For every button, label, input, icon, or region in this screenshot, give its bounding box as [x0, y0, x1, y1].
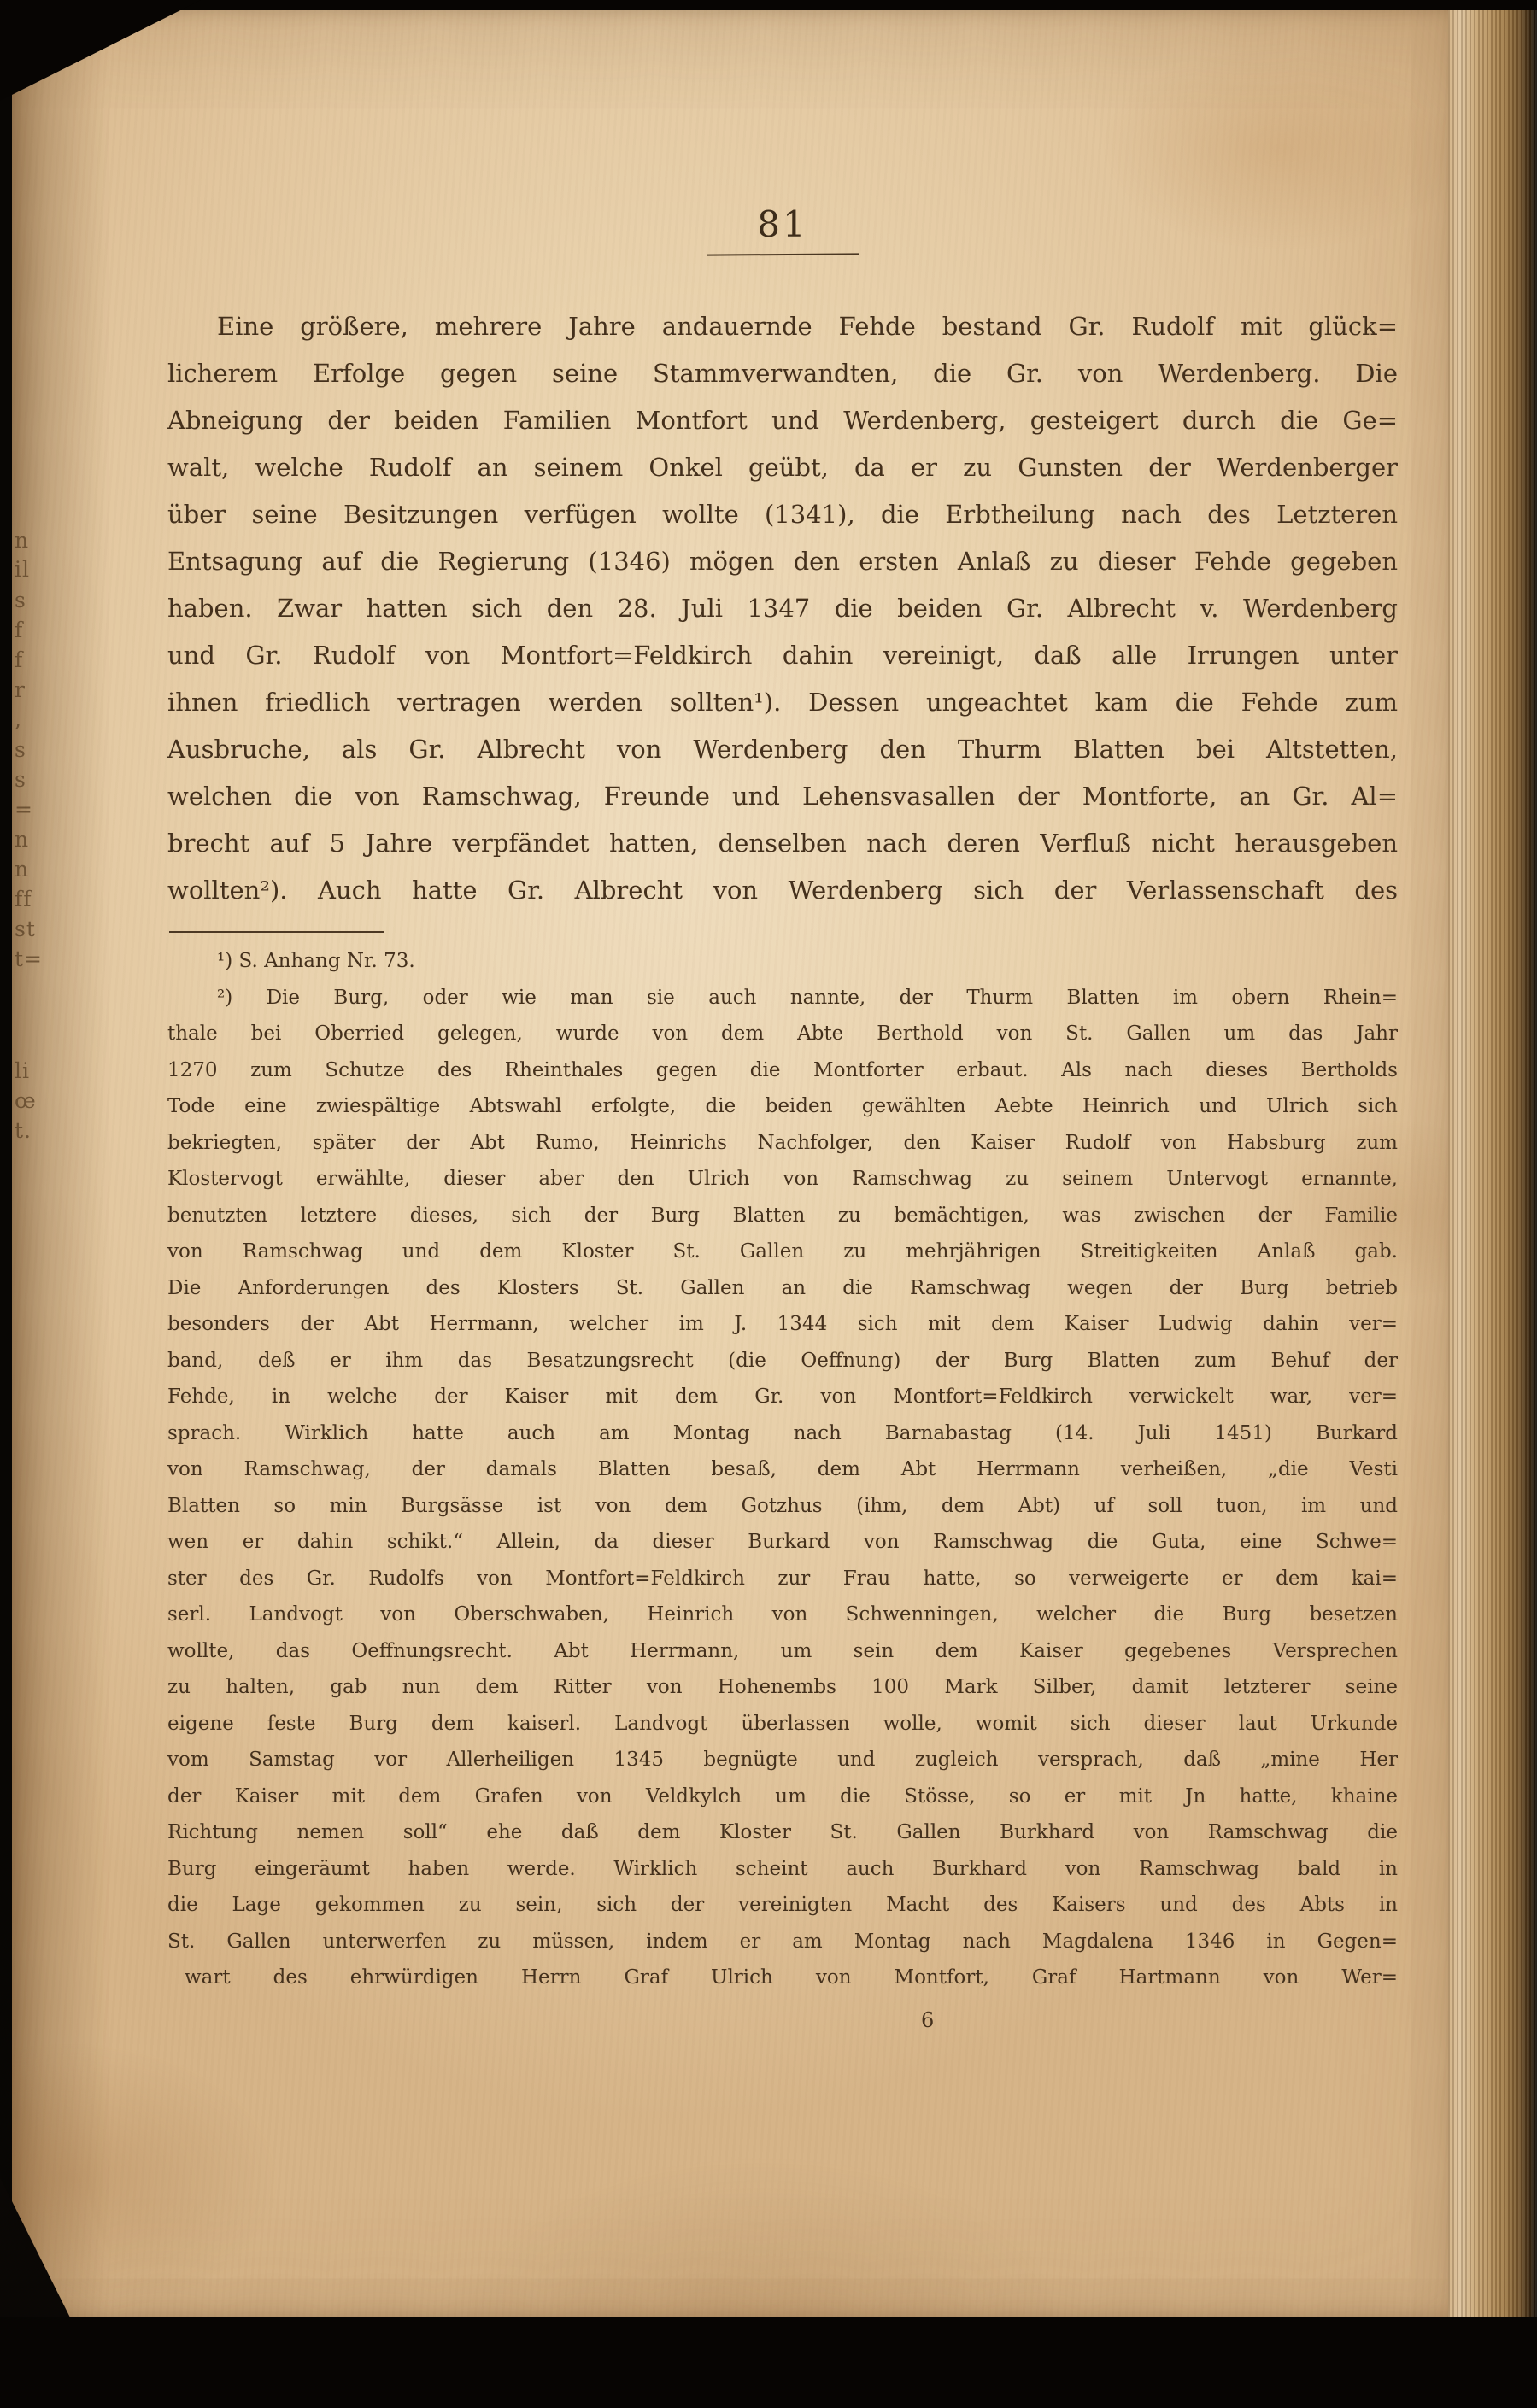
page-header: 81 — [167, 203, 1398, 255]
footnote-2-line: die Lage gekommen zu sein, sich der vere… — [167, 1887, 1398, 1924]
main-text-line: haben. Zwar hatten sich den 28. Juli 134… — [167, 585, 1398, 632]
footnote-2-line: St. Gallen unterwerfen zu müssen, indem … — [167, 1924, 1398, 1960]
gutter-fragment: il — [15, 559, 49, 580]
gutter-fragment: s — [15, 589, 49, 611]
main-text-line: Ausbruche, als Gr. Albrecht von Werdenbe… — [167, 726, 1398, 773]
footnote-2-line: besonders der Abt Herrmann, welcher im J… — [167, 1306, 1398, 1343]
footnote-2-line: Richtung nemen soll“ ehe daß dem Kloster… — [167, 1814, 1398, 1851]
main-paragraph: Eine größere, mehrere Jahre andauernde F… — [167, 303, 1398, 914]
footnote-2-line: der Kaiser mit dem Grafen von Veldkylch … — [167, 1778, 1398, 1815]
main-text-line: Entsagung auf die Regierung (1346) mögen… — [167, 538, 1398, 585]
gutter-fragment: n — [15, 829, 49, 850]
footnote-separator — [169, 931, 384, 933]
footnote-2-line: sprach. Wirklich hatte auch am Montag na… — [167, 1415, 1398, 1452]
footnote-2-line: ²) Die Burg, oder wie man sie auch nannt… — [167, 980, 1398, 1017]
gutter-fragment: = — [15, 799, 49, 820]
footnote-2-line: zu halten, gab nun dem Ritter von Hohene… — [167, 1669, 1398, 1706]
footnotes: ¹) S. Anhang Nr. 73. ²) Die Burg, oder w… — [167, 943, 1398, 1996]
footnote-2-line: Fehde, in welche der Kaiser mit dem Gr. … — [167, 1379, 1398, 1415]
scan-corner-top-left — [0, 0, 201, 101]
gutter-fragment: f — [15, 619, 49, 641]
footnote-2-line: wen er dahin schikt.“ Allein, da dieser … — [167, 1524, 1398, 1561]
footnote-1-line: ¹) S. Anhang Nr. 73. — [167, 943, 1398, 980]
footnote-2-line: eigene feste Burg dem kaiserl. Landvogt … — [167, 1706, 1398, 1743]
gutter-fragment: t. — [15, 1120, 49, 1141]
gutter-fragment: s — [15, 769, 49, 790]
scan-corner-bottom-left — [0, 2177, 81, 2340]
footnote-2-line: von Ramschwag und dem Kloster St. Gallen… — [167, 1233, 1398, 1270]
main-text-line: walt, welche Rudolf an seinem Onkel geüb… — [167, 444, 1398, 491]
scan-border-bottom — [0, 2317, 1537, 2408]
footnote-2-line: vom Samstag vor Allerheiligen 1345 begnü… — [167, 1742, 1398, 1778]
main-text-line: wollten²). Auch hatte Gr. Albrecht von W… — [167, 867, 1398, 914]
gutter-fragment: li — [15, 1060, 49, 1081]
footnote-2-line: von Ramschwag, der damals Blatten besaß,… — [167, 1451, 1398, 1488]
footnote-2-line: Tode eine zwiespältige Abtswahl erfolgte… — [167, 1088, 1398, 1125]
footnote-2-line: 1270 zum Schutze des Rheinthales gegen d… — [167, 1052, 1398, 1089]
footnote-2-line: Die Anforderungen des Klosters St. Galle… — [167, 1270, 1398, 1307]
gutter-fragment: r — [15, 679, 49, 700]
signature-mark: 6 — [167, 2008, 1398, 2032]
page-content: 81 Eine größere, mehrere Jahre andauernd… — [167, 10, 1398, 2032]
gutter-fragment: s — [15, 739, 49, 760]
main-text-line: brecht auf 5 Jahre verpfändet hatten, de… — [167, 820, 1398, 867]
main-text-line: Abneigung der beiden Familien Montfort u… — [167, 397, 1398, 444]
footnote-2-line: Klostervogt erwählte, dieser aber den Ul… — [167, 1161, 1398, 1198]
footnote-2-line: ster des Gr. Rudolfs von Montfort=Feldki… — [167, 1561, 1398, 1597]
footnote-2-line: thale bei Oberried gelegen, wurde von de… — [167, 1016, 1398, 1052]
main-text-line: Eine größere, mehrere Jahre andauernde F… — [167, 303, 1398, 350]
main-text-line: welchen die von Ramschwag, Freunde und L… — [167, 773, 1398, 820]
gutter-fragment: n — [15, 530, 49, 551]
footnote-2-line: wart des ehrwürdigen Herrn Graf Ulrich v… — [167, 1960, 1398, 1996]
gutter-fragment: st — [15, 918, 49, 940]
page-number: 81 — [167, 203, 1398, 245]
footnote-2-line: wollte, das Oeffnungsrecht. Abt Herrmann… — [167, 1633, 1398, 1670]
footnote-2-line: bekriegten, später der Abt Rumo, Heinric… — [167, 1125, 1398, 1162]
gutter-fragment: n — [15, 858, 49, 880]
gutter-fragment: ff — [15, 888, 49, 910]
main-text-line: über seine Besitzungen verfügen wollte (… — [167, 491, 1398, 538]
scan-border-top — [0, 0, 1537, 10]
footnote-2-line: benutzten letztere dieses, sich der Burg… — [167, 1198, 1398, 1234]
main-text-line: ihnen friedlich vertragen werden sollten… — [167, 679, 1398, 726]
gutter-fragment: , — [15, 709, 49, 730]
page-edge-stack — [1448, 0, 1537, 2336]
footnote-2-line: band, deß er ihm das Besatzungsrecht (di… — [167, 1343, 1398, 1380]
gutter-fragment: t= — [15, 948, 49, 970]
footnote-2-line: Burg eingeräumt haben werde. Wirklich sc… — [167, 1851, 1398, 1888]
page-number-rule — [707, 253, 859, 255]
footnote-2-line: serl. Landvogt von Oberschwaben, Heinric… — [167, 1597, 1398, 1633]
main-text-line: und Gr. Rudolf von Montfort=Feldkirch da… — [167, 632, 1398, 679]
gutter-fragment: œ — [15, 1090, 49, 1111]
book-page: n il s f f r , s s = n n ff st t= li œ t… — [12, 10, 1454, 2317]
footnote-2-line: Blatten so min Burgsässe ist von dem Got… — [167, 1488, 1398, 1525]
gutter-fragment: f — [15, 649, 49, 671]
main-text-line: licherem Erfolge gegen seine Stammverwan… — [167, 350, 1398, 397]
